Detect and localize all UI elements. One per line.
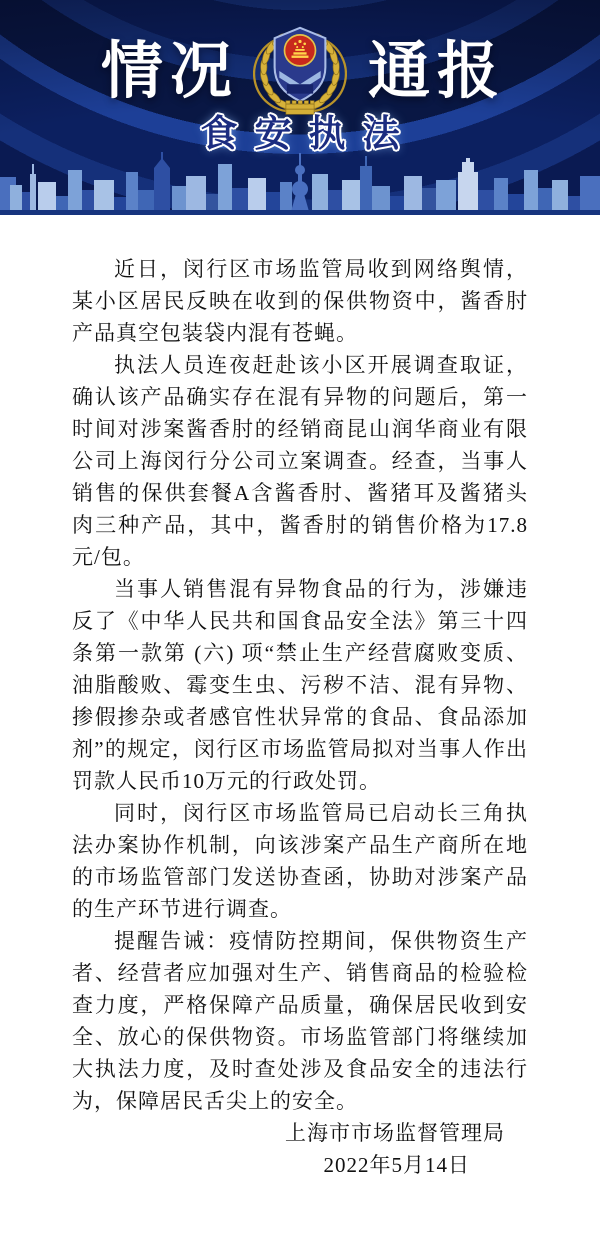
notice-page: 情况 (0, 0, 600, 1237)
city-skyline-graphic (0, 152, 600, 215)
header-title-row: 情况 (0, 0, 600, 122)
body-paragraph-5: 提醒告诫：疫情防控期间，保供物资生产者、经营者应加强对生产、销售商品的检验检查力… (72, 925, 528, 1117)
notice-body: 近日，闵行区市场监管局收到网络舆情，某小区居民反映在收到的保供物资中，酱香肘产品… (0, 215, 600, 1181)
police-badge-icon (253, 22, 347, 122)
notice-header-banner: 情况 (0, 0, 600, 215)
header-title-left: 情况 (94, 41, 239, 103)
body-paragraph-4: 同时，闵行区市场监管局已启动长三角执法办案协作机制，向该涉案产品生产商所在地的市… (72, 797, 528, 925)
date-line: 2022年5月14日 (72, 1149, 528, 1181)
body-paragraph-3: 当事人销售混有异物食品的行为，涉嫌违反了《中华人民共和国食品安全法》第三十四条第… (72, 573, 528, 797)
body-paragraph-1: 近日，闵行区市场监管局收到网络舆情，某小区居民反映在收到的保供物资中，酱香肘产品… (72, 253, 528, 349)
header-title-right: 通报 (361, 41, 506, 103)
body-paragraph-2: 执法人员连夜赶赴该小区开展调查取证，确认该产品确实存在混有异物的问题后，第一时间… (72, 349, 528, 573)
signature-line: 上海市市场监督管理局 (72, 1117, 528, 1149)
